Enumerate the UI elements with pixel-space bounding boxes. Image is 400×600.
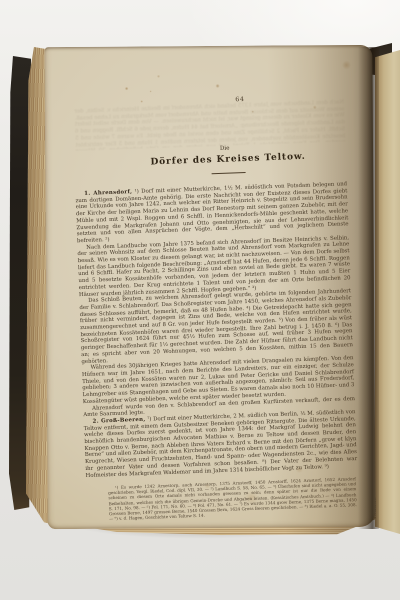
paragraph: Nach dem Landbuche vom Jahre 1375 befand… <box>77 235 351 299</box>
footnotes: ¹) Es wurde 1242 Arnestorp, auch Arnesto… <box>108 476 357 521</box>
page-text-block: 64 Die Dörfer des Kreises Teltow. 1. Ahr… <box>72 92 359 522</box>
book-page: Nach dem Landbuche vom Jahre 1375 befand… <box>44 45 375 529</box>
photo-scene: Nach dem Landbuche vom Jahre 1375 befand… <box>0 0 400 600</box>
page-number: 64 <box>104 91 376 108</box>
heading-rule <box>212 172 246 174</box>
paragraph: 2. Groß-Beeren, ⁷) Dorf mit einer Mutter… <box>84 409 358 479</box>
paragraph-text: Nach dem Landbuche vom Jahre 1375 befand… <box>77 235 350 298</box>
facing-page-sliver <box>375 50 400 534</box>
paragraph-text: Das Schloß Beuten, zu welchem Ahrensdorf… <box>79 288 353 364</box>
body-text: 1. Ahrensdorf, ¹) Dorf mit einer Mutterk… <box>75 181 357 479</box>
paragraph: Das Schloß Beuten, zu welchem Ahrensdorf… <box>79 288 353 365</box>
paragraph: 1. Ahrensdorf, ¹) Dorf mit einer Mutterk… <box>75 181 349 245</box>
